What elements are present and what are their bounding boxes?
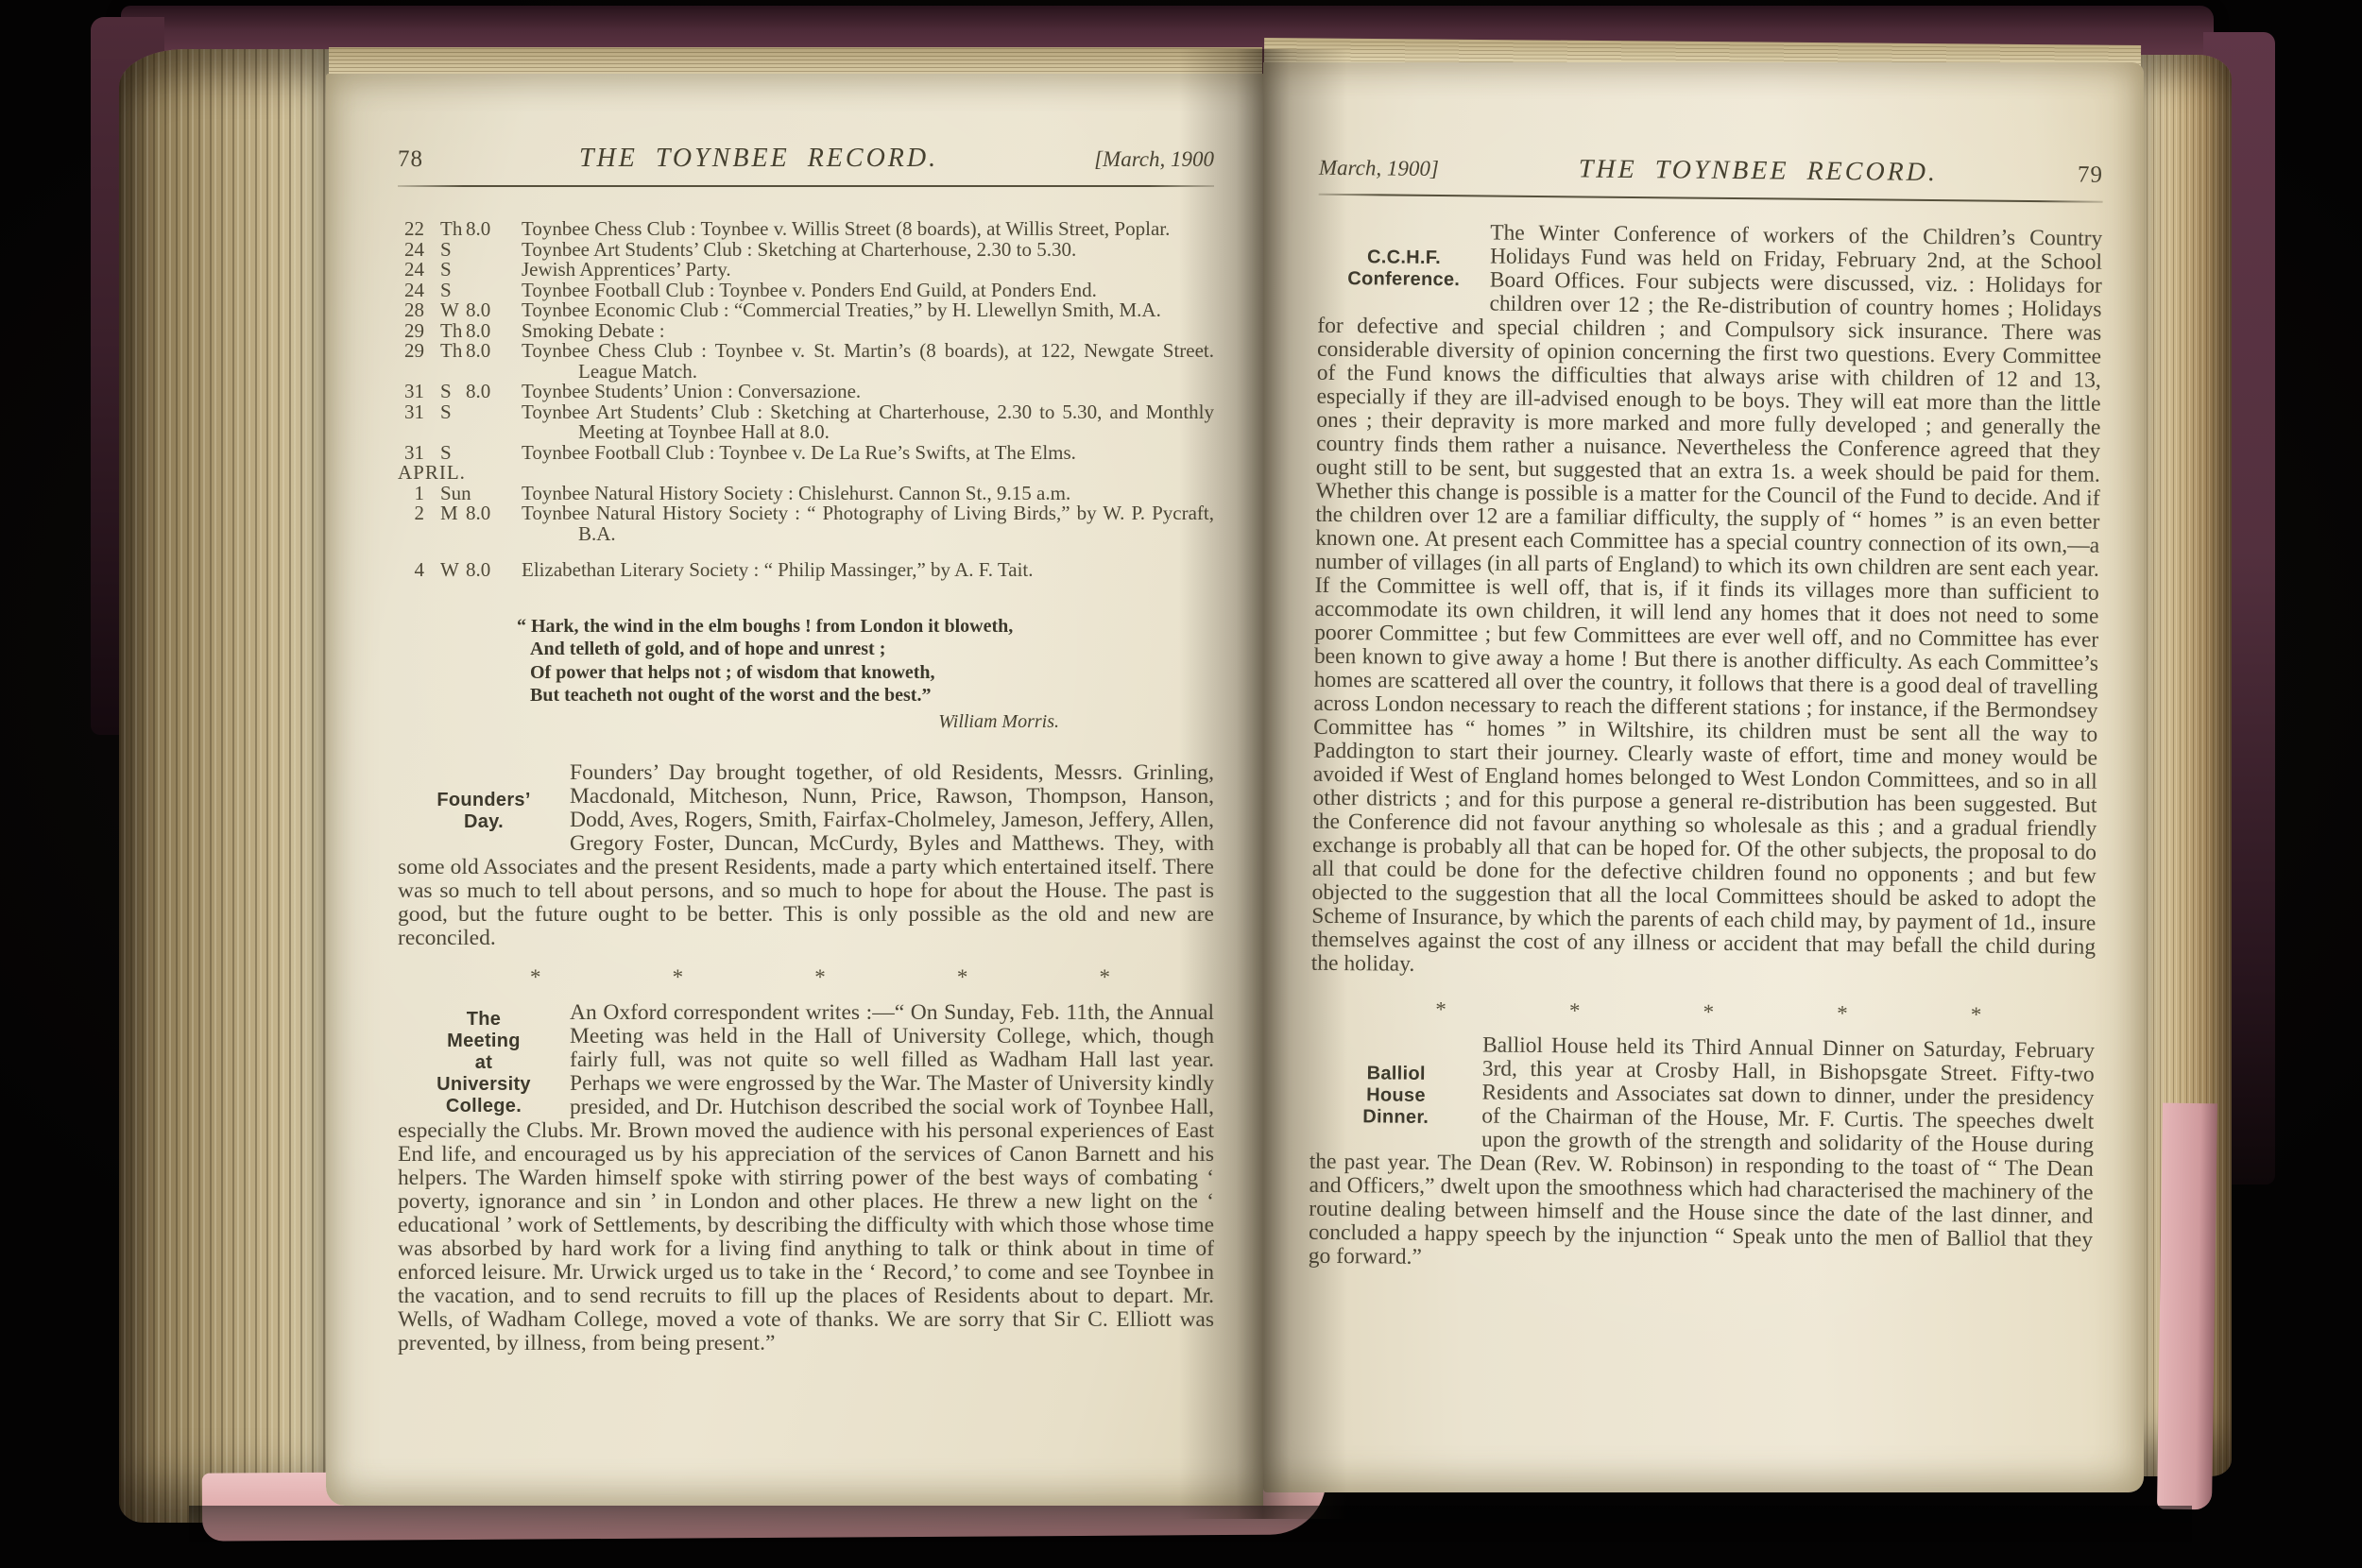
schedule-row: 24SJewish Apprentices’ Party.	[398, 260, 1214, 281]
schedule-day: 31	[398, 402, 424, 443]
paragraph-text: The Winter Conference of workers of the …	[1311, 221, 2103, 977]
schedule-row: 28W8.0Toynbee Economic Club : “Commercia…	[398, 300, 1214, 321]
header-rule	[398, 185, 1214, 187]
schedule-time: 8.0	[466, 503, 509, 544]
asterisk: *	[673, 965, 684, 990]
page-79-header: March, 1900] THE TOYNBEE RECORD. 79	[1319, 152, 2103, 190]
page-79-content: March, 1900] THE TOYNBEE RECORD. 79 C.C.…	[1263, 62, 2144, 1492]
schedule-description: Toynbee Economic Club : “Commercial Trea…	[509, 300, 1214, 321]
schedule-time	[466, 260, 509, 281]
side-label-university-meeting: The Meeting at University College.	[398, 1009, 570, 1117]
schedule-time	[466, 281, 509, 301]
page-78-header: 78 THE TOYNBEE RECORD. [March, 1900	[398, 144, 1214, 174]
asterisk: *	[957, 965, 968, 990]
schedule-time	[466, 443, 509, 464]
schedule-day: 29	[398, 341, 424, 382]
schedule-time	[466, 240, 509, 261]
schedule-time	[466, 484, 509, 504]
asterisk: *	[814, 965, 826, 990]
schedule-day: 31	[398, 382, 424, 402]
asterisk: *	[1100, 965, 1111, 990]
asterisk: *	[1435, 997, 1446, 1022]
schedule-weekday: M	[424, 503, 466, 544]
page-number: 78	[398, 146, 423, 173]
schedule-row: 24SToynbee Art Students’ Club : Sketchin…	[398, 240, 1214, 261]
poem-attribution: William Morris.	[530, 710, 1059, 734]
side-label-cchf-conference: C.C.H.F. Conference.	[1318, 247, 1490, 292]
schedule-weekday: S	[424, 443, 466, 464]
schedule-day: 24	[398, 281, 424, 301]
schedule-day: 2	[398, 503, 424, 544]
page-79: March, 1900] THE TOYNBEE RECORD. 79 C.C.…	[1263, 62, 2144, 1492]
schedule-row: 1SunToynbee Natural History Society : Ch…	[398, 484, 1214, 504]
asterisk: *	[1703, 1000, 1714, 1025]
schedule-weekday: S	[424, 260, 466, 281]
asterisk: *	[1837, 1001, 1848, 1026]
schedule-day: 4	[398, 560, 424, 581]
schedule-description: Smoking Debate :	[509, 321, 1214, 342]
schedule-day: 24	[398, 260, 424, 281]
epigraph-poem: “ Hark, the wind in the elm boughs ! fro…	[517, 615, 1150, 734]
schedule-description: Toynbee Art Students’ Club : Sketching a…	[509, 402, 1214, 443]
schedule-row: 4W8.0Elizabethan Literary Society : “ Ph…	[398, 560, 1214, 581]
side-label-founders-day: Founders’ Day.	[398, 790, 570, 833]
schedule-weekday: W	[424, 300, 466, 321]
asterisk: *	[1569, 998, 1581, 1023]
month-heading: APRIL.	[398, 463, 1214, 484]
schedule-weekday: W	[424, 560, 466, 581]
schedule-description: Toynbee Chess Club : Toynbee v. St. Mart…	[509, 341, 1214, 382]
schedule-weekday: S	[424, 240, 466, 261]
events-schedule: 22Th8.0Toynbee Chess Club : Toynbee v. W…	[398, 219, 1214, 581]
schedule-description: Toynbee Chess Club : Toynbee v. Willis S…	[509, 219, 1214, 240]
schedule-description: Jewish Apprentices’ Party.	[509, 260, 1214, 281]
schedule-row: 22Th8.0Toynbee Chess Club : Toynbee v. W…	[398, 219, 1214, 240]
asterisk-separator: *****	[530, 965, 1110, 990]
schedule-day: 24	[398, 240, 424, 261]
schedule-day: 29	[398, 321, 424, 342]
schedule-row: 31S8.0Toynbee Students’ Union : Conversa…	[398, 382, 1214, 402]
schedule-time: 8.0	[466, 321, 509, 342]
schedule-time: 8.0	[466, 560, 509, 581]
poem-line: And telleth of gold, and of hope and unr…	[530, 638, 1150, 661]
schedule-weekday: Th	[424, 341, 466, 382]
schedule-row: 29Th8.0Toynbee Chess Club : Toynbee v. S…	[398, 341, 1214, 382]
schedule-day: 31	[398, 443, 424, 464]
schedule-weekday: Th	[424, 219, 466, 240]
poem-line: But teacheth not ought of the worst and …	[530, 684, 1150, 707]
side-label-balliol-dinner: Balliol House Dinner.	[1309, 1063, 1482, 1130]
schedule-weekday: S	[424, 382, 466, 402]
schedule-description: Toynbee Football Club : Toynbee v. De La…	[509, 443, 1214, 464]
schedule-time: 8.0	[466, 300, 509, 321]
poem-line: Of power that helps not ; of wisdom that…	[530, 661, 1150, 685]
schedule-time: 8.0	[466, 382, 509, 402]
schedule-row: 31SToynbee Football Club : Toynbee v. De…	[398, 443, 1214, 464]
section-university-meeting: The Meeting at University College. An Ox…	[398, 1001, 1214, 1355]
page-78: 78 THE TOYNBEE RECORD. [March, 1900 22Th…	[326, 74, 1263, 1506]
schedule-description: Toynbee Natural History Society : Chisle…	[509, 484, 1214, 504]
schedule-day: 22	[398, 219, 424, 240]
schedule-row: 29Th8.0Smoking Debate :	[398, 321, 1214, 342]
book-bottom-shadow	[189, 1506, 2192, 1559]
schedule-weekday: S	[424, 281, 466, 301]
page-number: 79	[2078, 162, 2103, 188]
schedule-weekday: Sun	[424, 484, 466, 504]
schedule-time: 8.0	[466, 219, 509, 240]
cchf-conference-paragraph: The Winter Conference of workers of the …	[1311, 220, 2103, 983]
section-founders-day: Founders’ Day. Founders’ Day brought tog…	[398, 761, 1214, 950]
section-cchf-conference: C.C.H.F. Conference. The Winter Conferen…	[1311, 220, 2103, 983]
schedule-day: 1	[398, 484, 424, 504]
asterisk-separator: *****	[1435, 997, 1981, 1028]
schedule-description: Toynbee Students’ Union : Conversazione.	[509, 382, 1214, 402]
schedule-time: 8.0	[466, 341, 509, 382]
schedule-weekday: Th	[424, 321, 466, 342]
schedule-weekday: S	[424, 402, 466, 443]
schedule-row: 24SToynbee Football Club : Toynbee v. Po…	[398, 281, 1214, 301]
page-78-content: 78 THE TOYNBEE RECORD. [March, 1900 22Th…	[326, 74, 1263, 1506]
issue-date: March, 1900]	[1319, 156, 1439, 181]
schedule-time	[466, 402, 509, 443]
page-stack-left-fore-edge	[119, 49, 334, 1523]
asterisk: *	[1971, 1002, 1982, 1027]
header-rule	[1319, 194, 2103, 203]
poem-line: “ Hark, the wind in the elm boughs ! fro…	[517, 615, 1150, 639]
schedule-description: Toynbee Art Students’ Club : Sketching a…	[509, 240, 1214, 261]
schedule-row: 31SToynbee Art Students’ Club : Sketchin…	[398, 402, 1214, 443]
schedule-description: Toynbee Football Club : Toynbee v. Ponde…	[509, 281, 1214, 301]
schedule-row: 2M8.0Toynbee Natural History Society : “…	[398, 503, 1214, 544]
section-balliol-dinner: Balliol House Dinner. Balliol House held…	[1309, 1032, 2095, 1276]
open-book-photo: 78 THE TOYNBEE RECORD. [March, 1900 22Th…	[0, 0, 2362, 1568]
pink-endpaper-right	[2157, 1103, 2217, 1510]
running-title: THE TOYNBEE RECORD.	[423, 144, 1094, 174]
schedule-day: 28	[398, 300, 424, 321]
asterisk: *	[530, 965, 541, 990]
schedule-description: Toynbee Natural History Society : “ Phot…	[509, 503, 1214, 544]
issue-date: [March, 1900	[1094, 147, 1214, 172]
running-title: THE TOYNBEE RECORD.	[1439, 153, 2078, 189]
schedule-description: Elizabethan Literary Society : “ Philip …	[509, 560, 1214, 581]
